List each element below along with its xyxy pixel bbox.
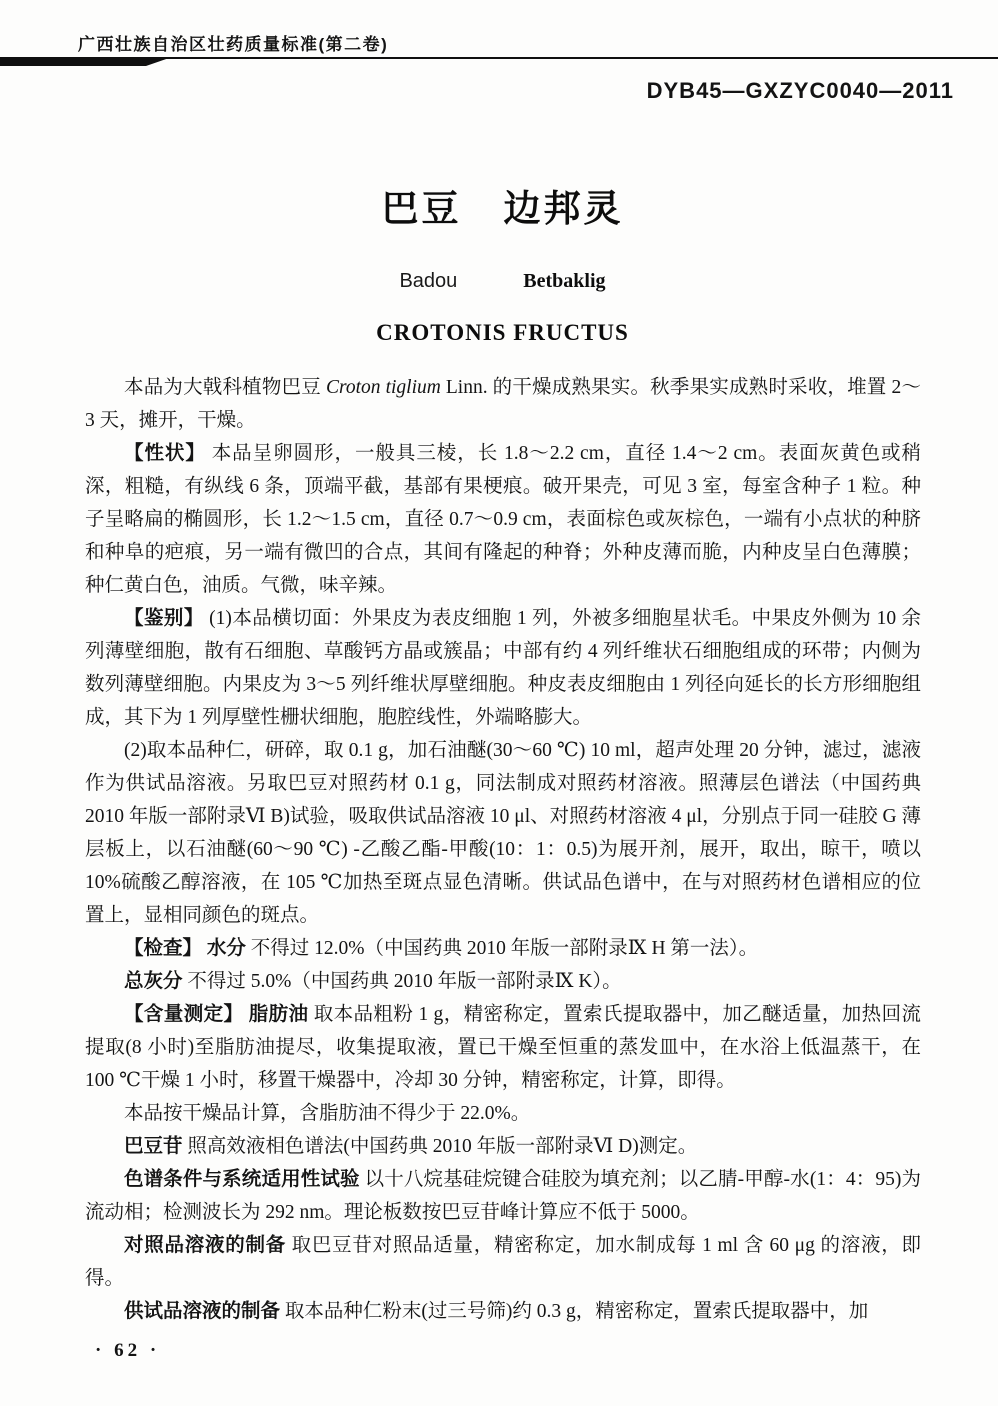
paragraph: 对照品溶液的制备 取巴豆苷对照品适量，精密称定，加水制成每 1 ml 含 60 … [85,1229,921,1295]
body-text: (2)取本品种仁，研碎，取 0.1 g，加石油醚(30～60 ℃) 10 ml，… [85,740,921,926]
drug-title-cn-name: 巴豆 [382,188,462,229]
body-text: 本品呈卵圆形，一般具三棱，长 1.8～2.2 cm，直径 1.4～2 cm。表面… [85,443,921,596]
section-label: 【鉴别】 [124,607,204,629]
drug-title-transliteration: BadouBetbaklig [85,270,920,293]
section-label: 【性状】 [124,442,206,464]
section-label: 巴豆苷 [124,1135,183,1157]
page-number: · 62 · [95,1340,160,1362]
body-text: 本品按干燥品计算，含脂肪油不得少于 22.0%。 [124,1103,530,1124]
body-text: 不得过 5.0%（中国药典 2010 年版一部附录Ⅸ K）。 [183,971,622,992]
section-label: 总灰分 [124,970,183,992]
body-text: 本品为大戟科植物巴豆 [124,377,326,398]
section-label: 【含量测定】 [124,1003,243,1025]
paragraph: 本品按干燥品计算，含脂肪油不得少于 22.0%。 [85,1097,921,1130]
standard-code: DYB45—GXZYC0040—2011 [647,78,954,104]
drug-title-pinyin: Badou [399,270,457,292]
section-label: 供试品溶液的制备 [124,1300,280,1322]
body-text: 照高效液相色谱法(中国药典 2010 年版一部附录Ⅵ D)测定。 [183,1136,698,1157]
title-block: 巴豆边邦灵 BadouBetbaklig CROTONIS FRUCTUS [85,178,920,346]
paragraph: 巴豆苷 照高效液相色谱法(中国药典 2010 年版一部附录Ⅵ D)测定。 [85,1130,921,1163]
drug-title-latin: CROTONIS FRUCTUS [85,320,920,346]
section-label: 【检查】 [124,937,202,959]
paragraph: (2)取本品种仁，研碎，取 0.1 g，加石油醚(30～60 ℃) 10 ml，… [85,734,921,932]
body-text: 取本品种仁粉末(过三号筛)约 0.3 g，精密称定，置索氏提取器中，加 [280,1301,868,1322]
paragraph: 【鉴别】 (1)本品横切面：外果皮为表皮细胞 1 列，外被多细胞星状毛。中果皮外… [85,602,921,734]
body-text: (1)本品横切面：外果皮为表皮细胞 1 列，外被多细胞星状毛。中果皮外侧为 10… [85,608,921,728]
paragraph: 本品为大戟科植物巴豆 Croton tiglium Linn. 的干燥成熟果实。… [85,371,921,437]
section-label: 脂肪油 [249,1003,309,1025]
paragraph: 色谱条件与系统适用性试验 以十八烷基硅烷键合硅胶为填充剂；以乙腈-甲醇-水(1：… [85,1163,921,1229]
body-paragraphs: 本品为大戟科植物巴豆 Croton tiglium Linn. 的干燥成熟果实。… [85,371,921,1328]
running-head-booklet-title: 广西壮族自治区壮药质量标准(第二卷) [78,30,388,55]
header-rule [0,55,998,67]
paragraph: 【性状】 本品呈卵圆形，一般具三棱，长 1.8～2.2 cm，直径 1.4～2 … [85,437,921,602]
paragraph: 【含量测定】 脂肪油 取本品粗粉 1 g，精密称定，置索氏提取器中，加乙醚适量，… [85,998,921,1097]
body-text: 不得过 12.0%（中国药典 2010 年版一部附录Ⅸ H 第一法）。 [246,938,758,959]
section-label: 对照品溶液的制备 [124,1234,286,1256]
drug-title-chinese: 巴豆边邦灵 [85,178,920,232]
body-text: Croton tiglium [326,377,441,398]
document-page: 广西壮族自治区壮药质量标准(第二卷) DYB45—GXZYC0040—2011 … [0,0,998,1406]
section-label: 色谱条件与系统适用性试验 [124,1168,360,1190]
drug-title-zhuang: Betbaklig [523,270,605,292]
paragraph: 供试品溶液的制备 取本品种仁粉末(过三号筛)约 0.3 g，精密称定，置索氏提取… [85,1295,921,1328]
paragraph: 【检查】 水分 不得过 12.0%（中国药典 2010 年版一部附录Ⅸ H 第一… [85,932,921,965]
header-rule-wedge [0,57,172,66]
section-label: 水分 [207,937,246,959]
paragraph: 总灰分 不得过 5.0%（中国药典 2010 年版一部附录Ⅸ K）。 [85,965,921,998]
drug-title-zhuang-cn-name: 边邦灵 [504,188,624,229]
